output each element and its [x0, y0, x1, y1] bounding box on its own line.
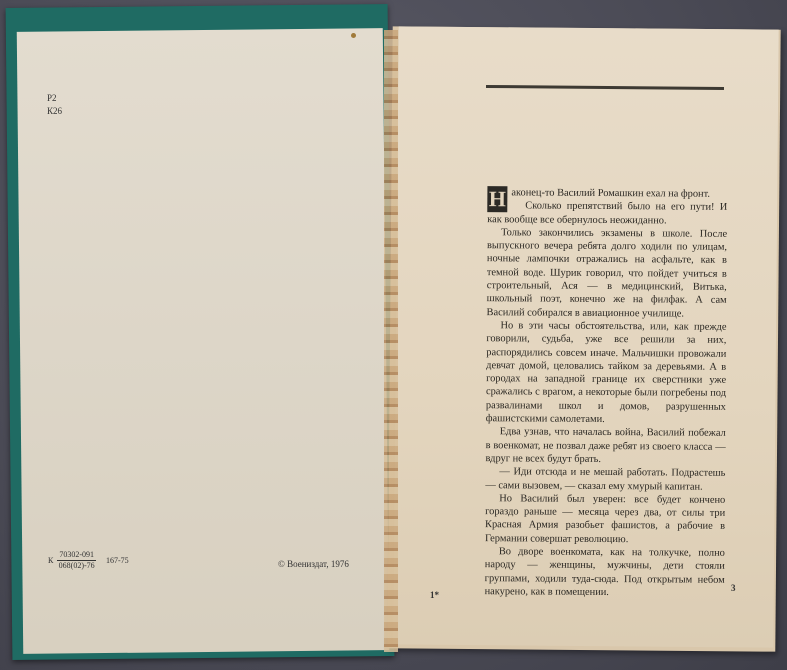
paragraph: Но в эти часы обстоятельства, или, как п…: [486, 319, 727, 427]
torn-spine: [384, 30, 398, 652]
paragraph: Во дворе военкомата, как на толкучке, по…: [485, 545, 725, 600]
body-text: Наконец-то Василий Ромашкин ехал на фрон…: [485, 186, 728, 600]
paragraph: Только закончились экзамены в школе. Пос…: [487, 226, 728, 321]
classification-codes: Р2 К26: [47, 92, 62, 118]
classification-code: Р2: [47, 92, 62, 105]
paragraph: Сколько препятствий было на его пути! И …: [487, 199, 727, 227]
index-prefix: К: [48, 556, 53, 565]
index-denominator: 068(02)-76: [59, 561, 95, 571]
paragraph: — Иди отсюда и не мешай работать. Подрас…: [485, 465, 725, 493]
index-numerator: 70302-091: [57, 550, 96, 561]
index-number: 167-75: [106, 556, 129, 565]
signature-mark: 1*: [430, 590, 439, 600]
paragraph: Но Василий был уверен: все будет кончено…: [485, 492, 725, 547]
index-fraction: 70302-091 068(02)-76: [57, 550, 96, 571]
classification-code: К26: [47, 105, 62, 118]
paragraph: Наконец-то Василий Ромашкин ехал на фрон…: [487, 186, 727, 201]
copyright-line: © Воениздат, 1976: [278, 559, 349, 569]
page-number: 3: [731, 583, 736, 593]
drop-cap: Н: [487, 186, 507, 212]
paper-speck: [351, 33, 356, 38]
index-code: К 70302-091 068(02)-76 167-75: [48, 550, 129, 571]
paragraph: Едва узнав, что началась война, Василий …: [485, 426, 725, 468]
